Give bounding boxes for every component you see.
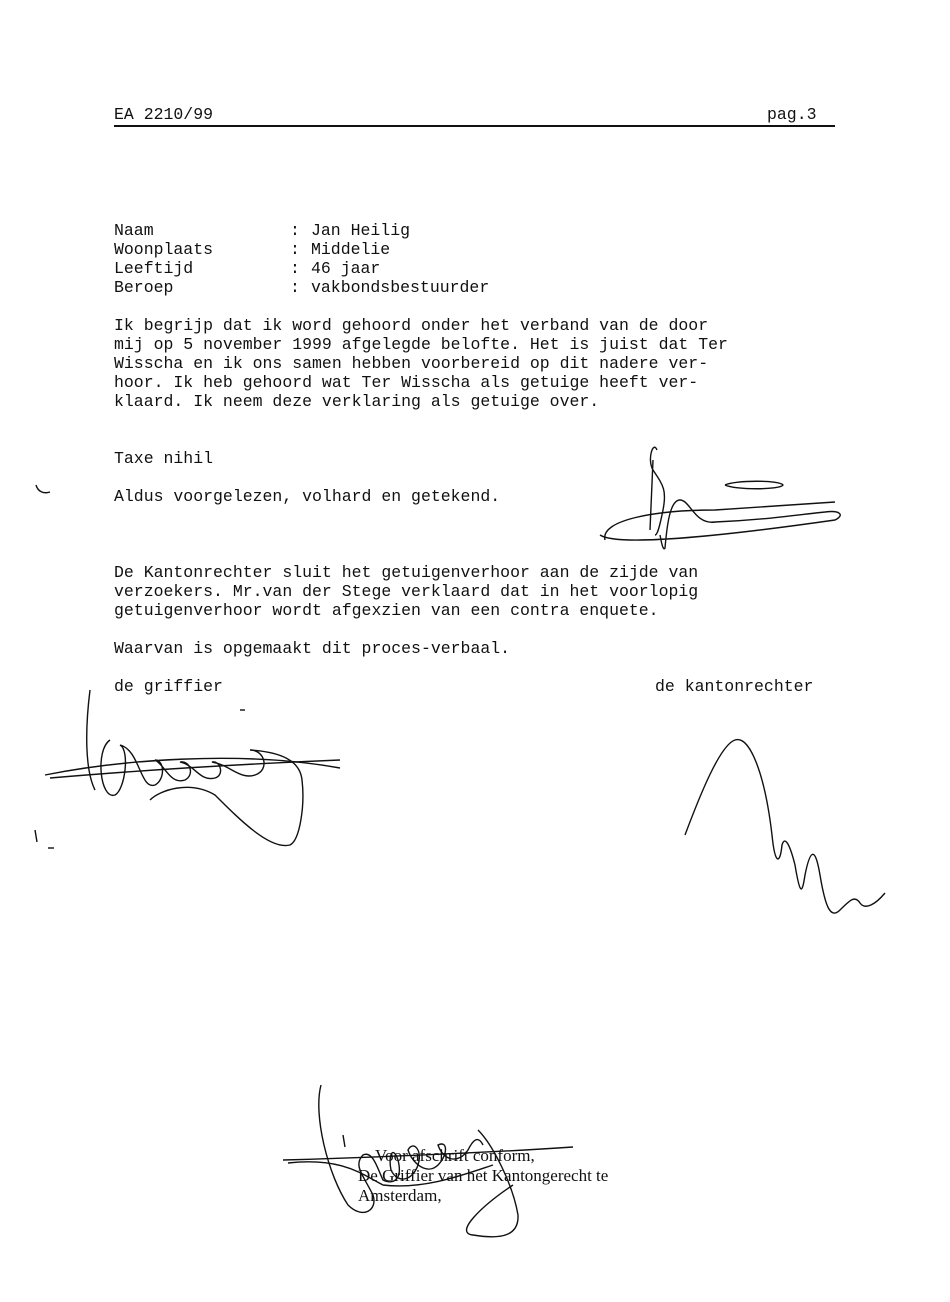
detail-label-residence: Woonplaats (114, 240, 213, 259)
statement-line: klaard. Ik neem deze verklaring als getu… (114, 392, 599, 411)
closing-line: verzoekers. Mr.van der Stege verklaard d… (114, 582, 698, 601)
statement-line: hoor. Ik heb gehoord wat Ter Wisscha als… (114, 373, 698, 392)
witness-signature (595, 440, 845, 555)
closing-line: De Kantonrechter sluit het getuigenverho… (114, 563, 698, 582)
detail-value-age: 46 jaar (311, 259, 380, 278)
detail-colon: : (290, 259, 300, 278)
kantonrechter-signature (680, 735, 895, 925)
stamp-signature (283, 1085, 583, 1245)
statement-line: Ik begrijp dat ik word gehoord onder het… (114, 316, 708, 335)
scan-marks (30, 470, 70, 870)
detail-value-residence: Middelie (311, 240, 390, 259)
detail-value-name: Jan Heilig (311, 221, 410, 240)
detail-colon: : (290, 240, 300, 259)
taxe-line: Taxe nihil (114, 449, 213, 468)
detail-label-name: Naam (114, 221, 154, 240)
detail-value-profession: vakbondsbestuurder (311, 278, 489, 297)
detail-label-age: Leeftijd (114, 259, 193, 278)
signed-line: Aldus voorgelezen, volhard en getekend. (114, 487, 500, 506)
header-rule (114, 125, 835, 127)
detail-label-profession: Beroep (114, 278, 173, 297)
proces-verbaal-line: Waarvan is opgemaakt dit proces-verbaal. (114, 639, 510, 658)
statement-line: mij op 5 november 1999 afgelegde belofte… (114, 335, 728, 354)
griffier-signature (40, 690, 360, 860)
closing-line: getuigenverhoor wordt afgexzien van een … (114, 601, 659, 620)
case-number: EA 2210/99 (114, 105, 213, 124)
detail-colon: : (290, 278, 300, 297)
statement-line: Wisscha en ik ons samen hebben voorberei… (114, 354, 708, 373)
detail-colon: : (290, 221, 300, 240)
signatory-right: de kantonrechter (655, 677, 813, 696)
page-number: pag.3 (767, 105, 817, 124)
